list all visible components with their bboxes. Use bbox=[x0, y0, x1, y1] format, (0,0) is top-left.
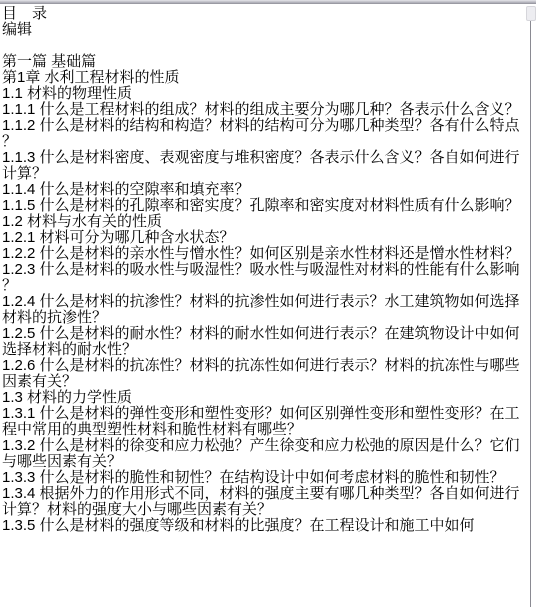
toc-entry[interactable]: 1.3.1 什么是材料的弹性变形和塑性变形？如何区别弹性变形和塑性变形？在工程中… bbox=[2, 406, 529, 438]
toc-entry[interactable]: 第1章 水利工程材料的性质 bbox=[2, 70, 529, 86]
toc-entry[interactable]: 1.2.5 什么是材料的耐水性？材料的耐水性如何进行表示？在建筑物设计中如何选择… bbox=[2, 326, 529, 358]
toc-entry[interactable]: 1.2.2 什么是材料的亲水性与憎水性？如何区别是亲水性材料还是憎水性材料？ bbox=[2, 246, 529, 262]
toc-entry[interactable]: 1.2.3 什么是材料的吸水性与吸湿性？吸水性与吸湿性对材料的性能有什么影响？ bbox=[2, 262, 529, 294]
toc-entry[interactable]: 1.1 材料的物理性质 bbox=[2, 86, 529, 102]
toc-entry[interactable]: 1.1.1 什么是工程材料的组成？材料的组成主要分为哪几种？各表示什么含义？ bbox=[2, 102, 529, 118]
toc-entry[interactable]: 1.3.5 什么是材料的强度等级和材料的比强度？在工程设计和施工中如何 bbox=[2, 518, 529, 534]
page-title: 目 录 bbox=[2, 6, 529, 22]
toc-entry[interactable]: 1.1.5 什么是材料的孔隙率和密实度？孔隙率和密实度对材料性质有什么影响？ bbox=[2, 198, 529, 214]
toc-entry[interactable]: 1.3.4 根据外力的作用形式不同，材料的强度主要有哪几种类型？各自如何进行计算… bbox=[2, 486, 529, 518]
toc-entry[interactable]: 1.2 材料与水有关的性质 bbox=[2, 214, 529, 230]
window-top-edge bbox=[0, 0, 536, 4]
scrollbar-thumb[interactable] bbox=[526, 6, 536, 21]
scrollbar-track-line bbox=[530, 21, 531, 607]
content-area: 目 录 编辑 第一篇 基础篇第1章 水利工程材料的性质1.1 材料的物理性质1.… bbox=[2, 6, 529, 534]
toc-list: 第一篇 基础篇第1章 水利工程材料的性质1.1 材料的物理性质1.1.1 什么是… bbox=[2, 54, 529, 534]
toc-entry[interactable]: 1.3.2 什么是材料的徐变和应力松弛？产生徐变和应力松弛的原因是什么？它们与哪… bbox=[2, 438, 529, 470]
toc-entry[interactable]: 1.1.3 什么是材料密度、表观密度与堆积密度？各表示什么含义？各自如何进行计算… bbox=[2, 150, 529, 182]
edit-link[interactable]: 编辑 bbox=[2, 22, 529, 38]
toc-entry[interactable]: 1.1.2 什么是材料的结构和构造？材料的结构可分为哪几种类型？各有什么特点？ bbox=[2, 118, 529, 150]
toc-entry[interactable]: 1.2.1 材料可分为哪几种含水状态？ bbox=[2, 230, 529, 246]
toc-entry[interactable]: 1.2.4 什么是材料的抗渗性？材料的抗渗性如何进行表示？水工建筑物如何选择材料… bbox=[2, 294, 529, 326]
toc-entry[interactable]: 第一篇 基础篇 bbox=[2, 54, 529, 70]
toc-entry[interactable]: 1.3.3 什么是材料的脆性和韧性？在结构设计中如何考虑材料的脆性和韧性？ bbox=[2, 470, 529, 486]
toc-entry[interactable]: 1.2.6 什么是材料的抗冻性？材料的抗冻性如何进行表示？材料的抗冻性与哪些因素… bbox=[2, 358, 529, 390]
blank-line bbox=[2, 38, 529, 54]
toc-entry[interactable]: 1.3 材料的力学性质 bbox=[2, 390, 529, 406]
toc-entry[interactable]: 1.1.4 什么是材料的空隙率和填充率？ bbox=[2, 182, 529, 198]
